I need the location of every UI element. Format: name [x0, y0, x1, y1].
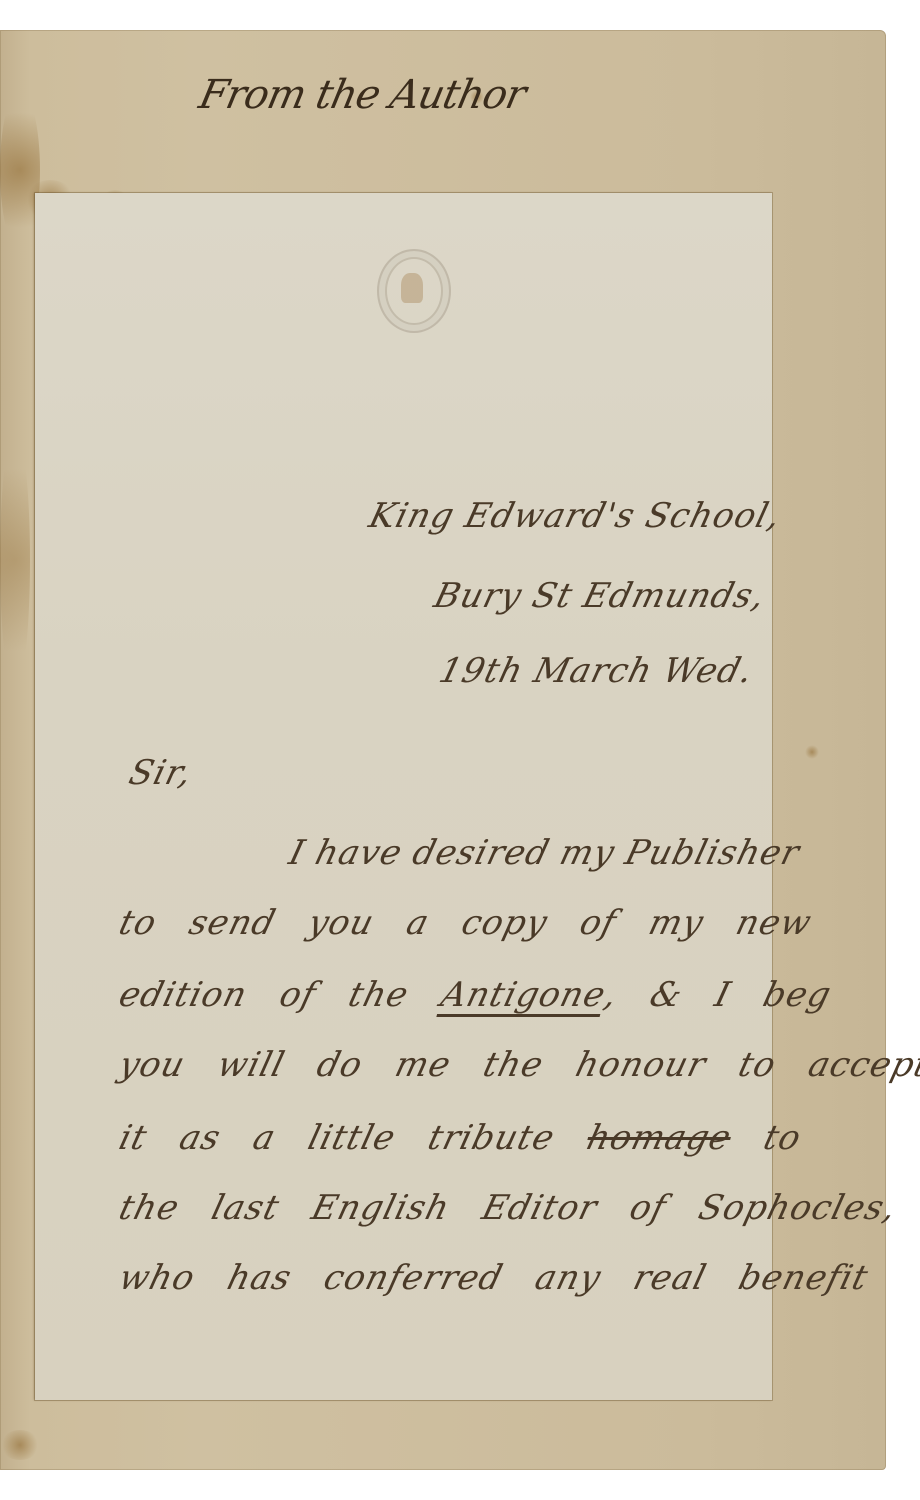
author-inscription: From the Author	[195, 72, 625, 118]
body-text: edition of the	[115, 975, 447, 1015]
body-line: edition of the Antigone, & I beg	[115, 975, 765, 1015]
tipped-in-letter: King Edward's School, Bury St Edmunds, 1…	[35, 193, 772, 1400]
foxing-stain	[0, 430, 30, 690]
seal-figure-icon	[401, 273, 423, 303]
foxing-stain	[805, 745, 819, 759]
address-line-school: King Edward's School,	[365, 496, 785, 536]
body-line: to send you a copy of my new	[115, 903, 765, 943]
body-line: who has conferred any real benefit	[115, 1258, 765, 1298]
struck-word: homage	[583, 1118, 736, 1158]
body-text: , & I beg	[600, 975, 836, 1015]
body-line: the last English Editor of Sophocles,	[115, 1188, 765, 1228]
salutation: Sir,	[125, 753, 196, 793]
body-line: you will do me the honour to accept	[115, 1045, 765, 1085]
letter-date: 19th March Wed.	[435, 651, 758, 691]
body-line: I have desired my Publisher	[285, 833, 804, 873]
body-line: it as a little tribute homage to	[115, 1118, 765, 1158]
book-title-antigone: Antigone	[437, 975, 610, 1015]
body-text: to	[726, 1118, 806, 1158]
address-line-town: Bury St Edmunds,	[430, 576, 770, 616]
body-text: it as a little tribute	[115, 1118, 593, 1158]
foxing-stain	[0, 1430, 40, 1460]
embossed-seal-icon	[377, 249, 451, 333]
foxing-stain	[0, 90, 40, 250]
